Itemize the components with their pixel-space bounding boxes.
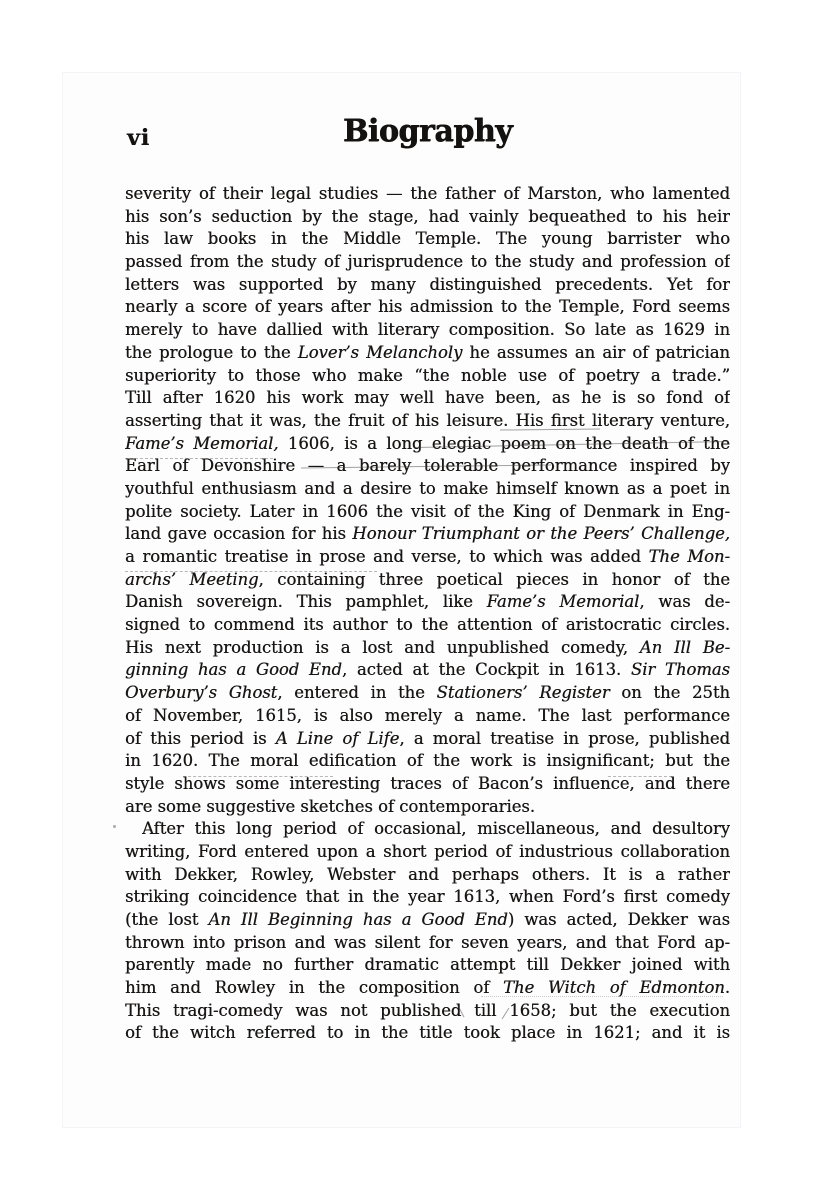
text-line: signed to commend its author to the atte… (125, 614, 730, 637)
text-line: Overbury’s Ghost, entered in the Station… (125, 682, 730, 705)
text-line: This tragi-comedy was not published till… (125, 1000, 730, 1023)
text-line: Till after 1620 his work may well have b… (125, 387, 730, 410)
scan-background: vi Biography severity of their legal stu… (0, 0, 840, 1191)
pencil-dots-witch-of-edmonton (481, 996, 723, 997)
text-line: with Dekker, Rowley, Webster and perhaps… (125, 864, 730, 887)
pencil-dash-there (608, 776, 672, 777)
text-line: superiority to those who make “the noble… (125, 365, 730, 388)
text-line: the prologue to the Lover’s Melancholy h… (125, 342, 730, 365)
text-line: passed from the study of jurisprudence t… (125, 251, 730, 274)
text-line: letters was supported by many distinguis… (125, 274, 730, 297)
text-line: After this long period of occasional, mi… (125, 818, 730, 841)
text-line: (the lost An Ill Beginning has a Good En… (125, 909, 730, 932)
running-head: Biography (134, 113, 721, 149)
text-line: youthful enthusiasm and a desire to make… (125, 478, 730, 501)
text-line: archs’ Meeting, containing three poetica… (125, 569, 730, 592)
text-line: asserting that it was, the fruit of his … (125, 410, 730, 433)
pencil-overline-earl (125, 458, 273, 459)
text-line: of November, 1615, is also merely a name… (125, 705, 730, 728)
text-line: parently made no further dramatic attemp… (125, 954, 730, 977)
text-line: Danish sovereign. This pamphlet, like Fa… (125, 591, 730, 614)
text-line: severity of their legal studies — the fa… (125, 183, 730, 206)
page-header: vi Biography (125, 113, 730, 161)
text-line: are some suggestive sketches of contempo… (125, 796, 730, 819)
text-line: his son’s seduction by the stage, had va… (125, 206, 730, 229)
text-line: merely to have dallied with literary com… (125, 319, 730, 342)
pencil-dot-margin (113, 825, 116, 828)
pencil-overline-archs-meeting (125, 571, 377, 572)
page-body: severity of their legal studies — the fa… (125, 183, 730, 1045)
text-line: his law books in the Middle Temple. The … (125, 228, 730, 251)
text-line: His next production is a lost and unpubl… (125, 637, 730, 660)
text-line: of the witch referred to in the title to… (125, 1022, 730, 1045)
text-line: thrown into prison and was silent for se… (125, 932, 730, 955)
text-line: polite society. Later in 1606 the visit … (125, 501, 730, 524)
text-line: land gave occasion for his Honour Triump… (125, 523, 730, 546)
text-line: ginning has a Good End, acted at the Coc… (125, 659, 730, 682)
book-page: vi Biography severity of their legal stu… (63, 73, 740, 1127)
text-line: of this period is A Line of Life, a mora… (125, 728, 730, 751)
text-line: writing, Ford entered upon a short perio… (125, 841, 730, 864)
text-line: a romantic treatise in prose and verse, … (125, 546, 730, 569)
pencil-dash-some-interesting (183, 776, 333, 777)
text-line: striking coincidence that in the year 16… (125, 886, 730, 909)
text-line: nearly a score of years after his admiss… (125, 296, 730, 319)
text-line: in 1620. The moral edification of the wo… (125, 750, 730, 773)
text-line: Fame’s Memorial, 1606, is a long elegiac… (125, 433, 730, 456)
